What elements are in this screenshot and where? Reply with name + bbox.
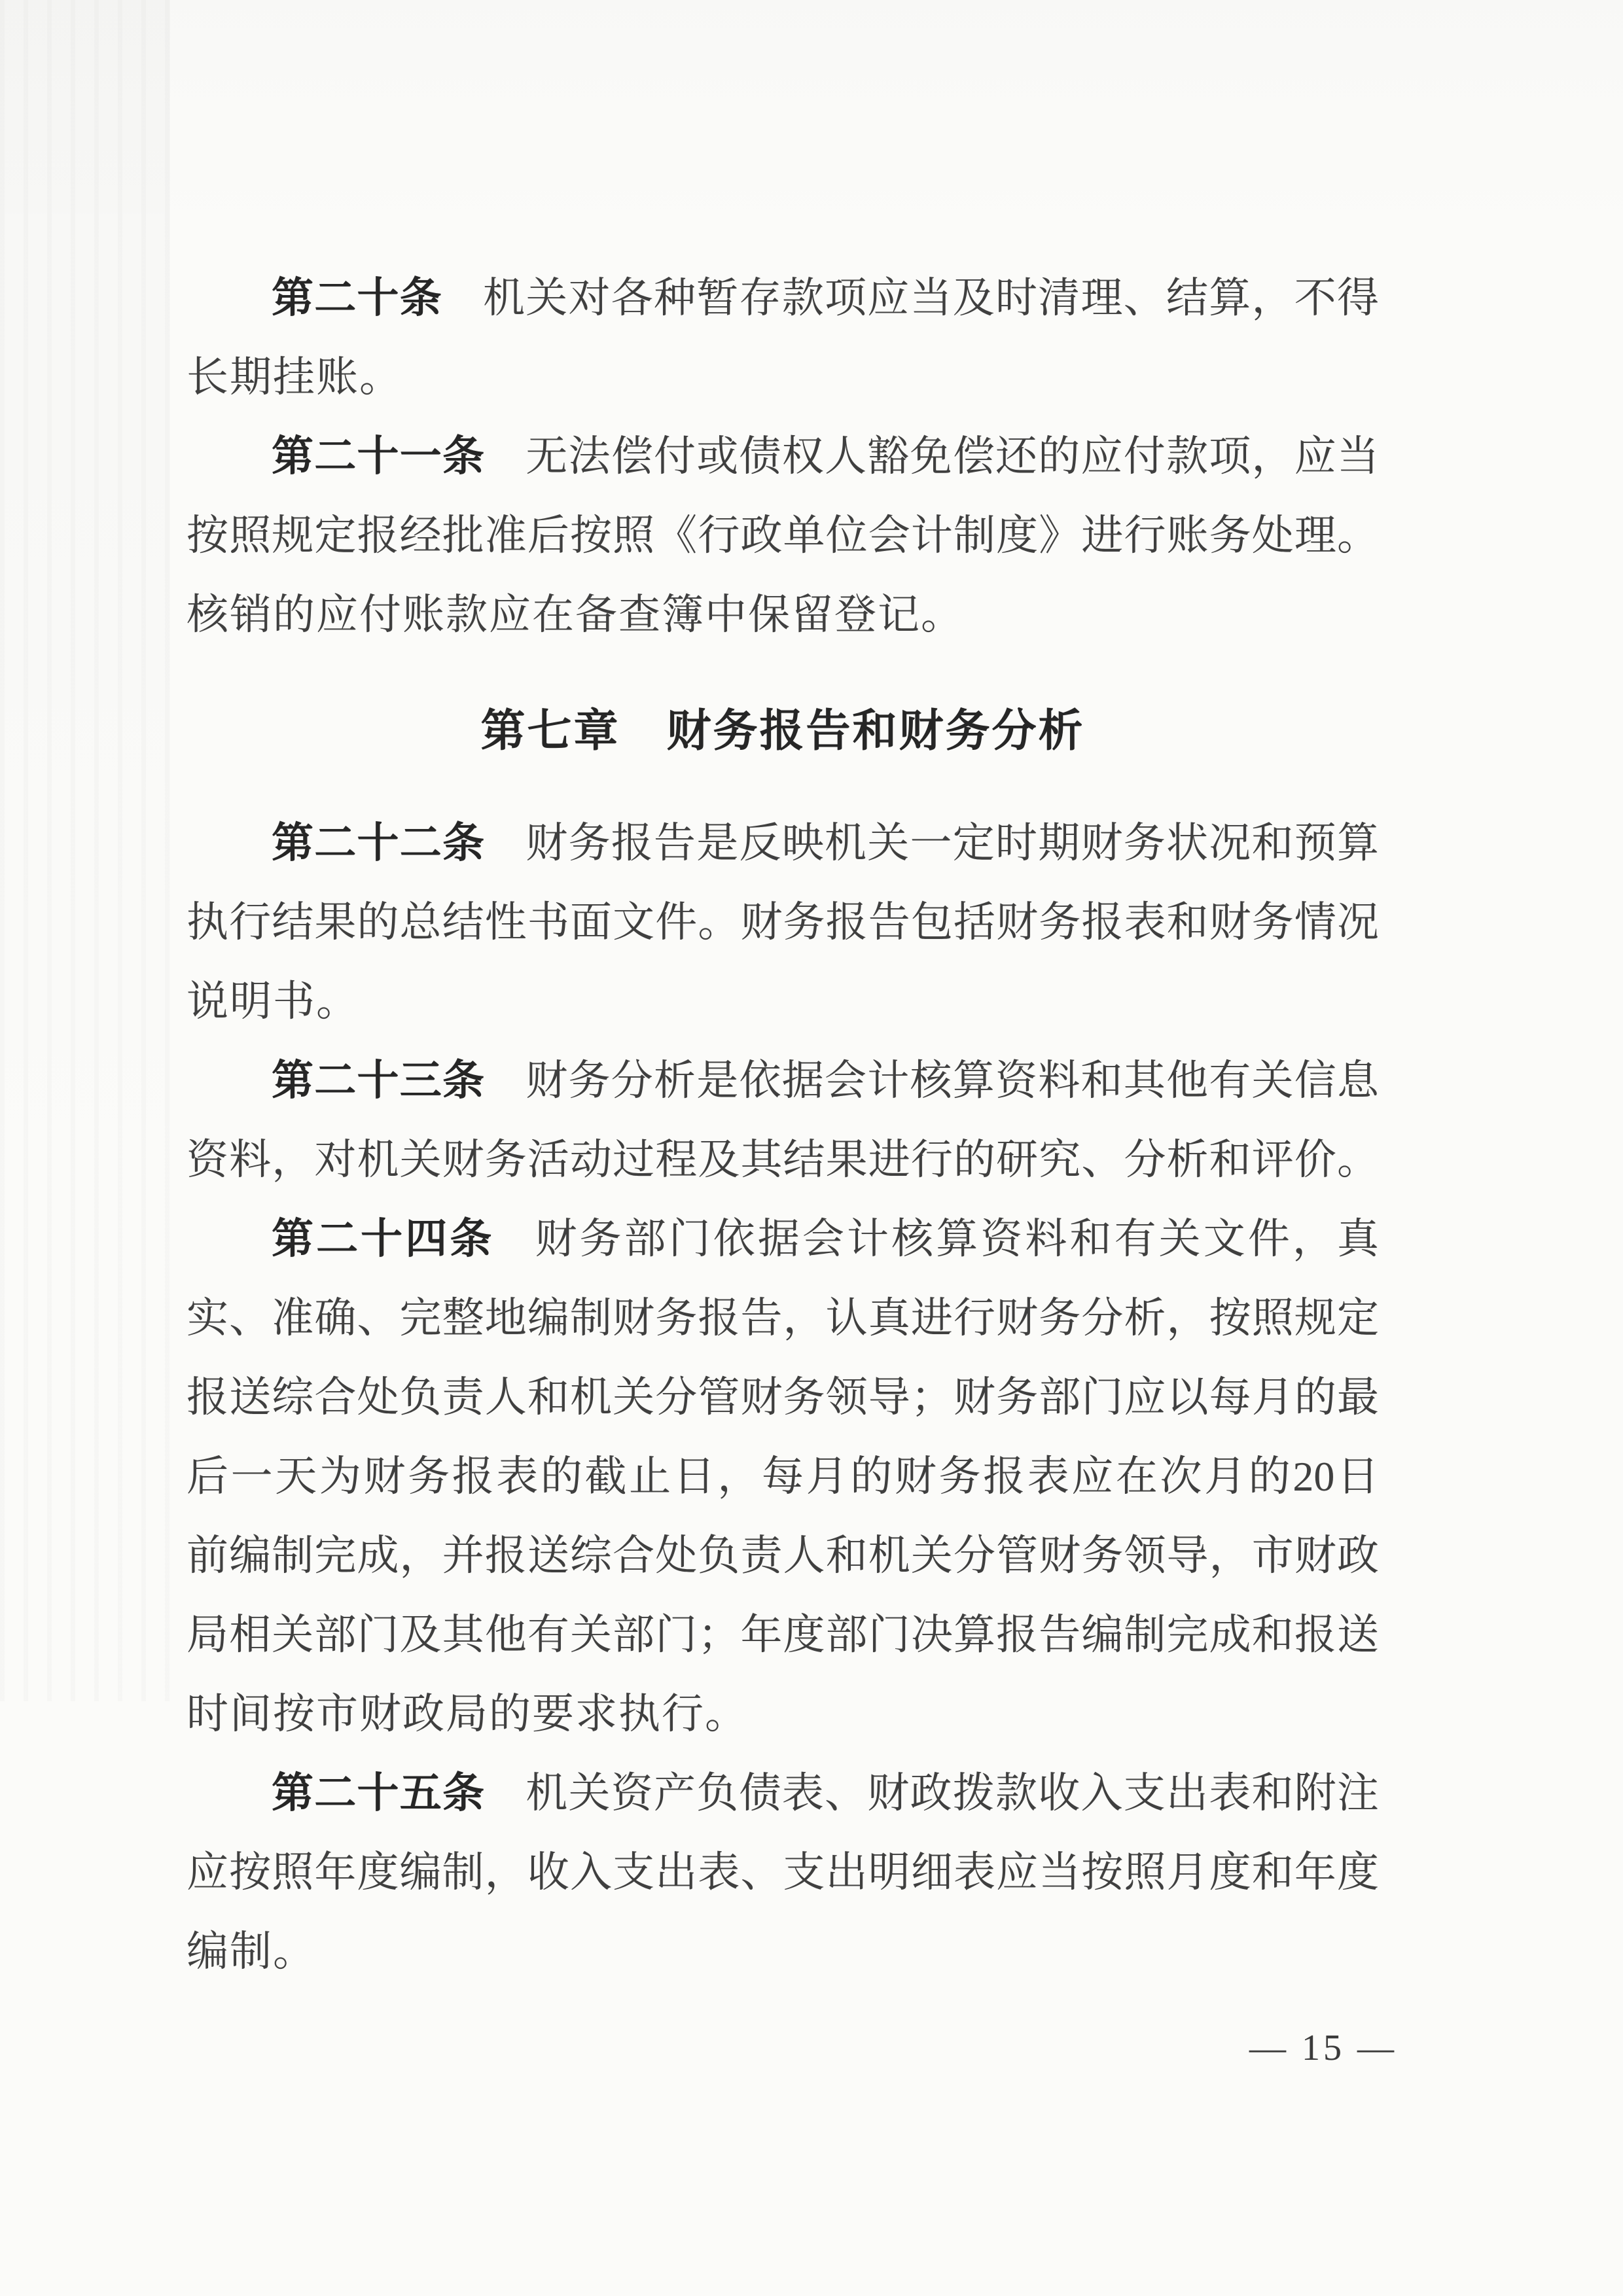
body-line: 长期挂账。 bbox=[187, 338, 1379, 417]
line-text: 按照规定报经批准后按照《行政单位会计制度》进行账务处理。 bbox=[187, 512, 1379, 559]
article-number: 第二十条 bbox=[272, 275, 442, 321]
body-line: 按照规定报经批准后按照《行政单位会计制度》进行账务处理。 bbox=[187, 496, 1379, 575]
line-text: 实、准确、完整地编制财务报告，认真进行财务分析，按照规定 bbox=[187, 1295, 1379, 1341]
line-text: 财务部门依据会计核算资料和有关文件，真 bbox=[535, 1216, 1379, 1262]
body-line: 第二十三条财务分析是依据会计核算资料和其他有关信息 bbox=[187, 1041, 1379, 1120]
line-text: 应按照年度编制，收入支出表、支出明细表应当按照月度和年度 bbox=[187, 1849, 1379, 1896]
line-text: 机关资产负债表、财政拨款收入支出表和附注 bbox=[526, 1770, 1379, 1816]
body-line: 第二十五条机关资产负债表、财政拨款收入支出表和附注 bbox=[187, 1754, 1379, 1833]
body-line: 实、准确、完整地编制财务报告，认真进行财务分析，按照规定 bbox=[187, 1279, 1379, 1358]
body-line: 核销的应付账款应在备查簿中保留登记。 bbox=[187, 575, 1379, 654]
line-text: 编制。 bbox=[187, 1928, 316, 1975]
body-line: 第二十条机关对各种暂存款项应当及时清理、结算，不得 bbox=[187, 258, 1379, 338]
line-text: 无法偿付或债权人豁免偿还的应付款项，应当 bbox=[526, 433, 1379, 480]
line-text: 财务报告是反映机关一定时期财务状况和预算 bbox=[526, 820, 1379, 866]
article-number: 第二十二条 bbox=[272, 820, 485, 866]
article-number: 第二十三条 bbox=[272, 1057, 485, 1104]
body-line: 资料，对机关财务活动过程及其结果进行的研究、分析和评价。 bbox=[187, 1120, 1379, 1199]
line-text: 报送综合处负责人和机关分管财务领导；财务部门应以每月的最 bbox=[187, 1374, 1379, 1421]
body-line: 应按照年度编制，收入支出表、支出明细表应当按照月度和年度 bbox=[187, 1833, 1379, 1912]
line-text: 财务分析是依据会计核算资料和其他有关信息 bbox=[526, 1057, 1379, 1104]
body-line: 后一天为财务报表的截止日，每月的财务报表应在次月的20日 bbox=[187, 1437, 1379, 1516]
line-text: 前编制完成，并报送综合处负责人和机关分管财务领导，市财政 bbox=[187, 1532, 1379, 1579]
body-line: 第二十四条财务部门依据会计核算资料和有关文件，真 bbox=[187, 1199, 1379, 1279]
chapter-heading: 第七章 财务报告和财务分析 bbox=[187, 692, 1379, 771]
body-line: 前编制完成，并报送综合处负责人和机关分管财务领导，市财政 bbox=[187, 1516, 1379, 1595]
page-number: — 15 — bbox=[187, 2027, 1397, 2069]
article-number: 第二十一条 bbox=[272, 433, 485, 480]
body-line: 执行结果的总结性书面文件。财务报告包括财务报表和财务情况 bbox=[187, 883, 1379, 962]
line-text: 说明书。 bbox=[187, 978, 359, 1025]
line-text: 执行结果的总结性书面文件。财务报告包括财务报表和财务情况 bbox=[187, 899, 1379, 945]
body-line: 编制。 bbox=[187, 1912, 1379, 1991]
body-line: 局相关部门及其他有关部门；年度部门决算报告编制完成和报送 bbox=[187, 1595, 1379, 1674]
line-text: 核销的应付账款应在备查簿中保留登记。 bbox=[187, 592, 964, 638]
article-number: 第二十四条 bbox=[272, 1216, 494, 1262]
line-text: 后一天为财务报表的截止日，每月的财务报表应在次月的20日 bbox=[187, 1453, 1379, 1500]
line-text: 机关对各种暂存款项应当及时清理、结算，不得 bbox=[483, 275, 1379, 321]
body-line: 说明书。 bbox=[187, 962, 1379, 1041]
line-text: 局相关部门及其他有关部门；年度部门决算报告编制完成和报送 bbox=[187, 1612, 1379, 1658]
body-line: 报送综合处负责人和机关分管财务领导；财务部门应以每月的最 bbox=[187, 1358, 1379, 1437]
body-line: 第二十二条财务报告是反映机关一定时期财务状况和预算 bbox=[187, 804, 1379, 883]
scan-artifact bbox=[0, 0, 170, 1701]
scan-artifact bbox=[0, 0, 1623, 275]
line-text: 资料，对机关财务活动过程及其结果进行的研究、分析和评价。 bbox=[187, 1137, 1379, 1183]
line-text: 长期挂账。 bbox=[187, 354, 402, 400]
article-number: 第二十五条 bbox=[272, 1770, 485, 1816]
line-text: 时间按市财政局的要求执行。 bbox=[187, 1691, 748, 1737]
body-line: 时间按市财政局的要求执行。 bbox=[187, 1674, 1379, 1754]
document-body: 第二十条机关对各种暂存款项应当及时清理、结算，不得 长期挂账。 第二十一条无法偿… bbox=[187, 258, 1379, 1991]
body-line: 第二十一条无法偿付或债权人豁免偿还的应付款项，应当 bbox=[187, 417, 1379, 496]
document-page: { "document": { "chapter_heading": "第七章 … bbox=[0, 0, 1623, 2296]
